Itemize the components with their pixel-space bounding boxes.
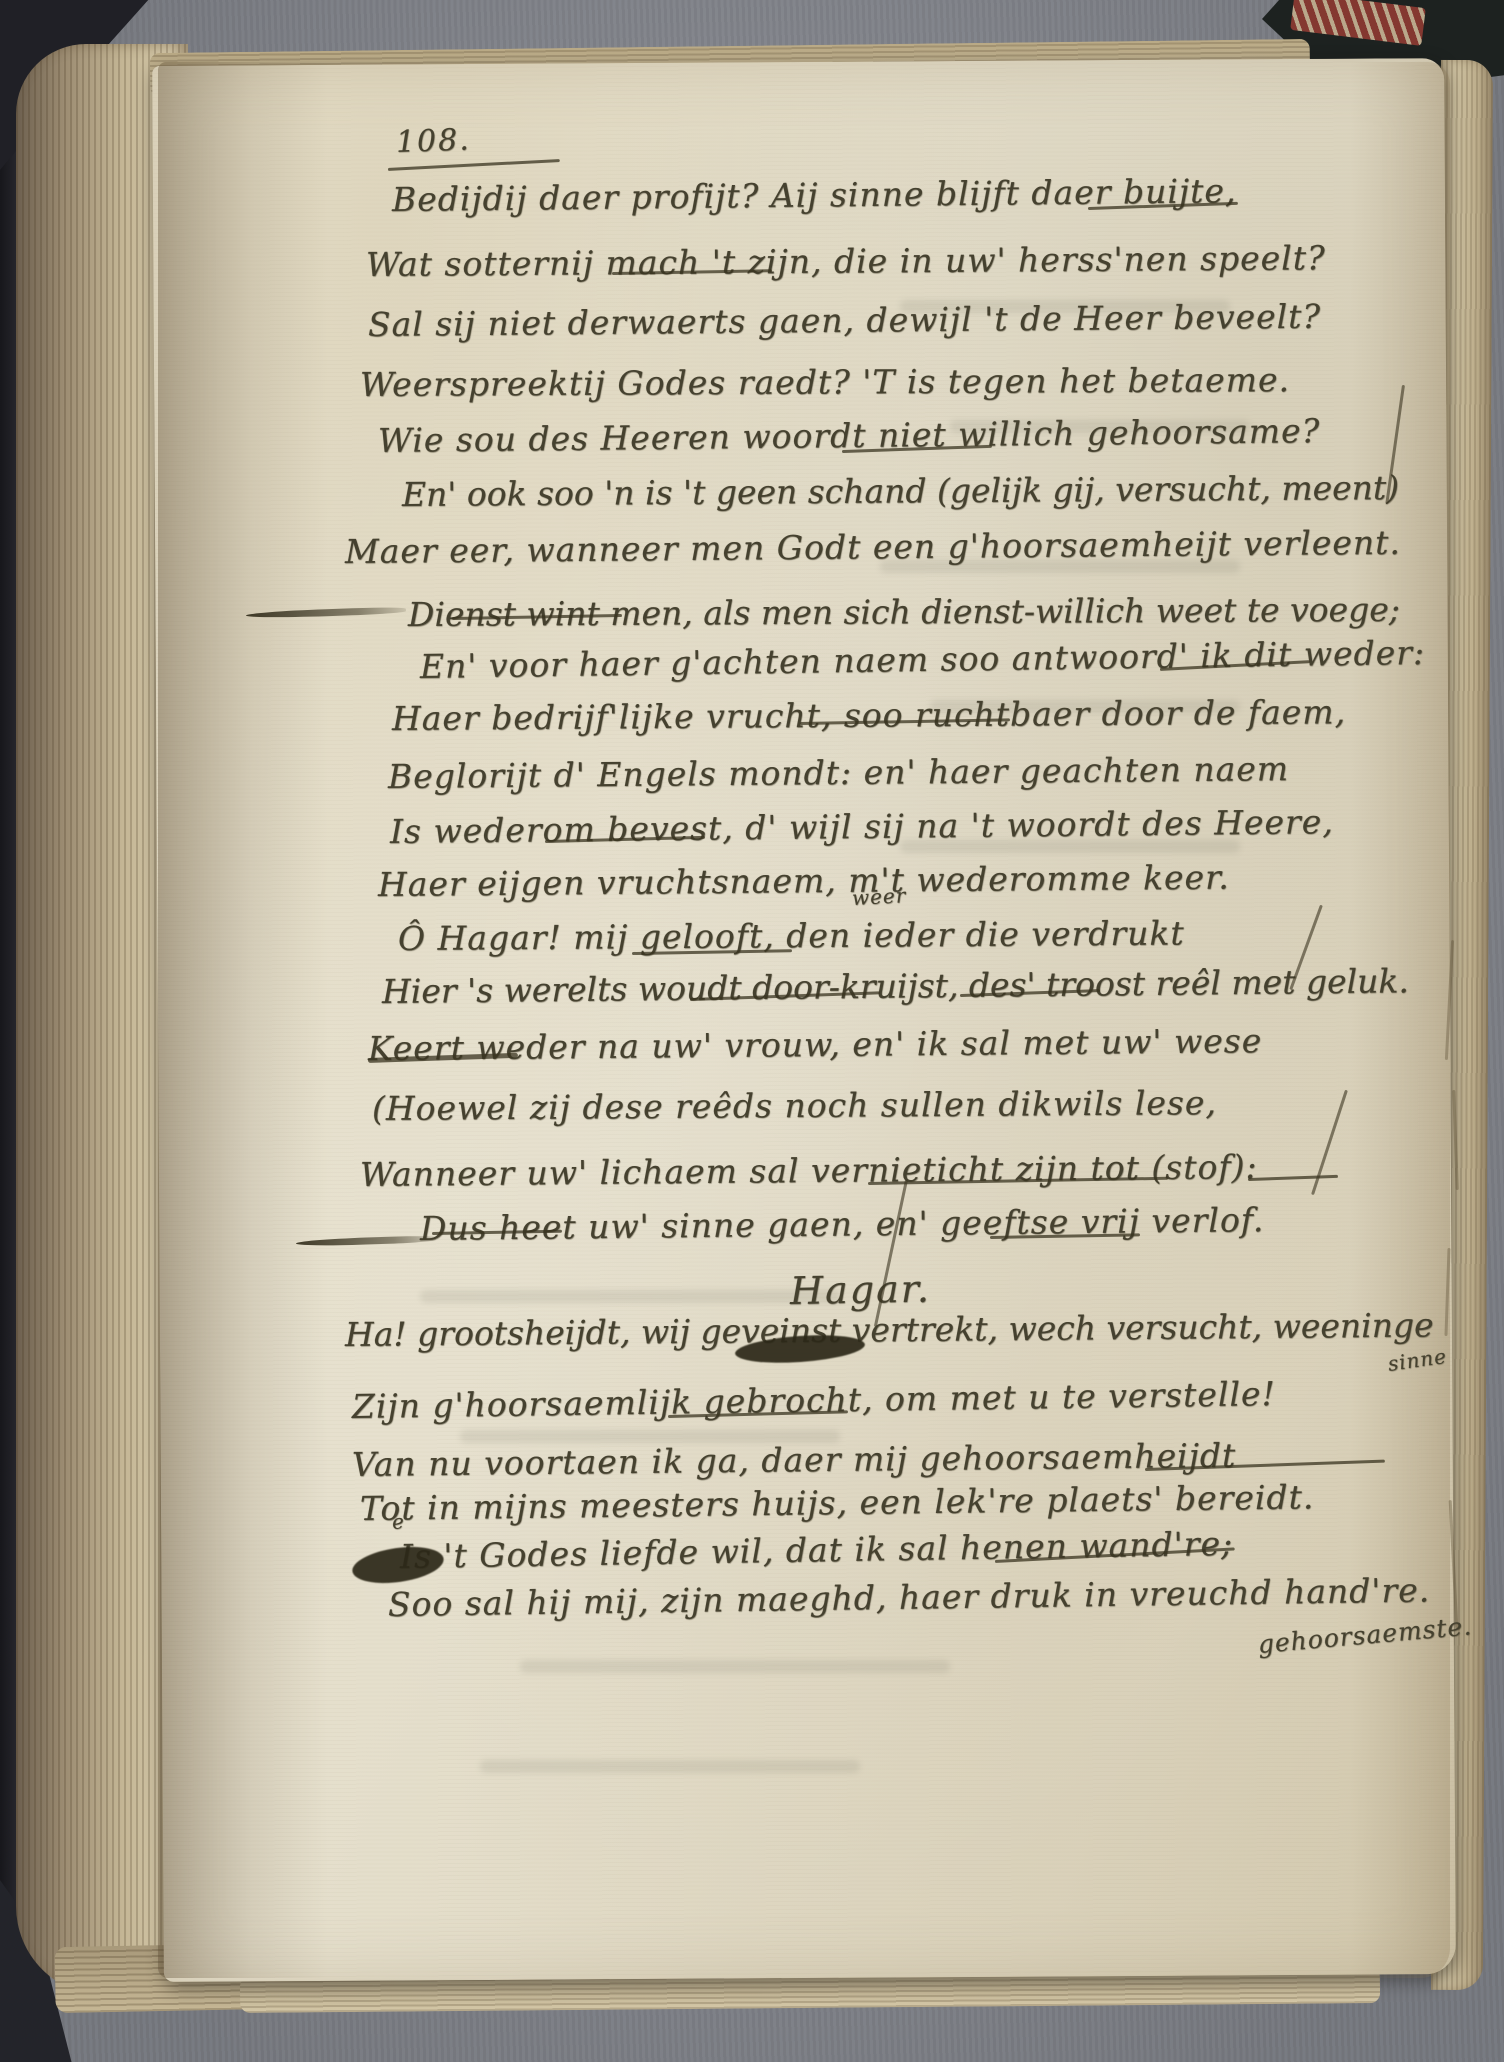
manuscript-line-16: Keert weder na uw' vrouw, en' ik sal met…	[368, 1024, 1263, 1065]
manuscript-line-8: Dienst wint men, als men sich dienst-wil…	[408, 593, 1400, 631]
manuscript-line-10: Haer bedrijf'lijke vrucht, soo ruchtbaer…	[392, 695, 1346, 735]
manuscript-line-2: Wat sotternij mach 't zijn, die in uw' h…	[366, 241, 1326, 281]
manuscript-line-13: Haer eijgen vruchtsnaem, m't wederomme k…	[378, 861, 1230, 901]
show-through-mark	[480, 1760, 860, 1773]
manuscript-page	[152, 58, 1456, 1982]
manuscript-line-6: En' ook soo 'n is 't geen schand (gelijk…	[402, 471, 1399, 511]
manuscript-line-17: (Hoewel zij dese reêds noch sullen dikwi…	[372, 1086, 1217, 1125]
manuscript-line-22: Van nu voortaen ik ga, daer mij gehoorsa…	[352, 1439, 1237, 1481]
manuscript-line-19: Dus heet uw' sinne gaen, en' geeftse vri…	[420, 1203, 1265, 1245]
gutter-shadow	[158, 62, 328, 1978]
interlinear-insertion-e: e	[391, 1511, 405, 1532]
manuscript-line-18: Wanneer uw' lichaem sal vernieticht zijn…	[360, 1150, 1258, 1191]
show-through-mark	[520, 1660, 950, 1673]
manuscript-photo: 108. Bedijdij daer profijt? Aij sinne bl…	[0, 0, 1504, 2062]
manuscript-line-4: Weerspreektij Godes raedt? 'T is tegen h…	[360, 363, 1290, 401]
page-number: 108.	[395, 125, 471, 158]
manuscript-line-12: Is wederom bevest, d' wijl sij na 't woo…	[390, 805, 1334, 848]
manuscript-line-20: Ha! grootsheijdt, wij geveinst vertrekt,…	[345, 1309, 1434, 1351]
manuscript-line-11: Beglorijt d' Engels mondt: en' haer geac…	[388, 752, 1289, 793]
interlinear-insertion-weer: weer	[851, 885, 906, 908]
manuscript-line-3: Sal sij niet derwaerts gaen, dewijl 't d…	[368, 300, 1321, 341]
show-through-mark	[420, 1290, 840, 1303]
page-right-shading	[1350, 62, 1450, 1978]
manuscript-line-7: Maer eer, wanneer men Godt een g'hoorsae…	[345, 526, 1401, 568]
speaker-heading: Hagar.	[790, 1270, 931, 1310]
manuscript-line-15: Hier 's werelts woudt door-kruijst, des'…	[382, 964, 1409, 1008]
manuscript-line-1: Bedijdij daer profijt? Aij sinne blijft …	[392, 174, 1237, 216]
